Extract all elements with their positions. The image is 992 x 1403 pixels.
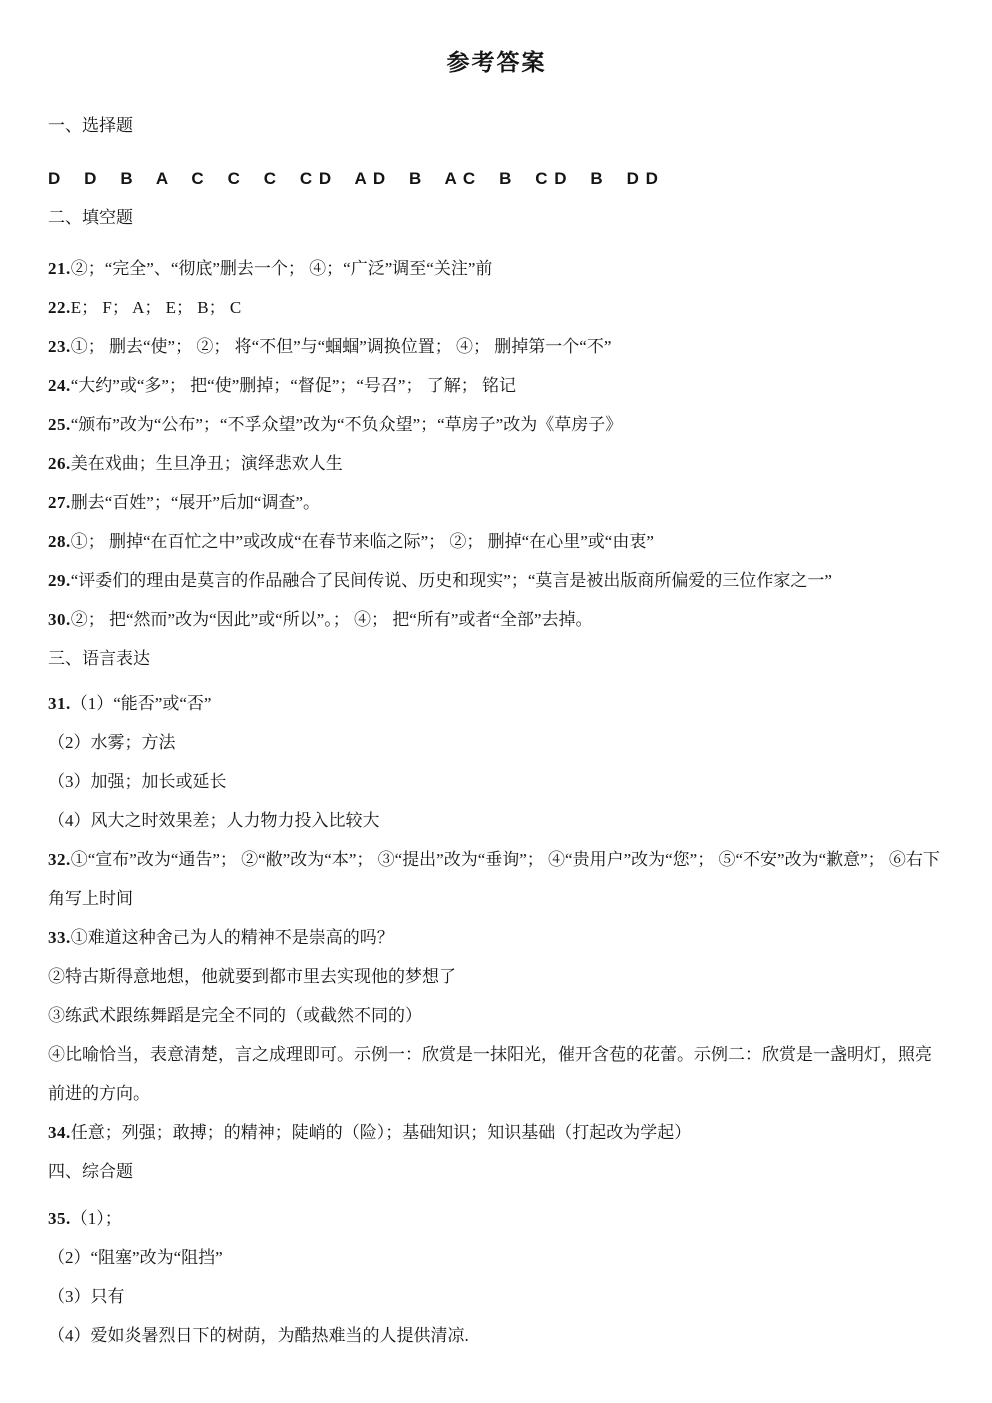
- section-heading-language: 三、语言表达: [48, 639, 945, 678]
- item-number: 35.: [48, 1209, 71, 1228]
- item-text: ③练武术跟练舞蹈是完全不同的（或截然不同的）: [48, 1006, 422, 1025]
- answer-item-21: 21.②；“完全”、“彻底”删去一个； ④；“广泛”调至“关注”前: [48, 249, 945, 288]
- item-number: 26.: [48, 454, 71, 473]
- item-text: “大约”或“多”； 把“使”删掉；“督促”；“号召”； 了解； 铭记: [71, 376, 516, 395]
- answer-item-23: 23.①； 删去“使”； ②； 将“不但”与“蝈蝈”调换位置； ④； 删掉第一个…: [48, 327, 945, 366]
- item-text: ①“宣布”改为“通告”； ②“敝”改为“本”； ③“提出”改为“垂询”； ④“贵…: [48, 850, 940, 908]
- item-text: （1）；: [71, 1209, 122, 1228]
- item-text: ①； 删掉“在百忙之中”或改成“在春节来临之际”； ②； 删掉“在心里”或“由衷…: [71, 532, 654, 551]
- item-number: 23.: [48, 337, 71, 356]
- choice-answers-row: D D B A C C C C D A D B A C B C D B D D: [48, 159, 945, 198]
- answer-item-22: 22.E； F； A； E； B； C: [48, 288, 945, 327]
- section-heading-fill: 二、填空题: [48, 198, 945, 237]
- answer-item-33-1: 33.①难道这种舍己为人的精神不是崇高的吗？: [48, 918, 945, 957]
- item-number: 25.: [48, 415, 71, 434]
- section-heading-comprehensive: 四、综合题: [48, 1152, 945, 1191]
- item-text: ④比喻恰当，表意清楚，言之成理即可。示例一：欣赏是一抹阳光，催开含苞的花蕾。示例…: [48, 1045, 932, 1103]
- answer-item-33-3: ③练武术跟练舞蹈是完全不同的（或截然不同的）: [48, 996, 945, 1035]
- item-number: 27.: [48, 493, 71, 512]
- answer-item-31-2: （2）水雾；方法: [48, 723, 945, 762]
- answer-item-29: 29.“评委们的理由是莫言的作品融合了民间传说、历史和现实”；“莫言是被出版商所…: [48, 561, 945, 600]
- item-text: 任意；列强；敢搏；的精神；陡峭的（险）；基础知识；知识基础（打起改为学起）: [71, 1123, 692, 1142]
- answer-item-33-2: ②特古斯得意地想，他就要到都市里去实现他的梦想了: [48, 957, 945, 996]
- answer-item-35-3: （3）只有: [48, 1277, 945, 1316]
- answer-key-document: 参考答案 一、选择题 D D B A C C C C D A D B A C B…: [0, 0, 992, 1403]
- item-text: ②；“完全”、“彻底”删去一个； ④；“广泛”调至“关注”前: [71, 259, 493, 278]
- item-number: 28.: [48, 532, 71, 551]
- answer-item-25: 25.“颁布”改为“公布”；“不孚众望”改为“不负众望”；“草房子”改为《草房子…: [48, 405, 945, 444]
- item-text: （2）水雾；方法: [48, 733, 176, 752]
- item-number: 24.: [48, 376, 71, 395]
- answer-item-33-4: ④比喻恰当，表意清楚，言之成理即可。示例一：欣赏是一抹阳光，催开含苞的花蕾。示例…: [48, 1035, 945, 1113]
- answer-item-35-1: 35.（1）；: [48, 1199, 945, 1238]
- answer-item-26: 26.美在戏曲；生旦净丑；演绎悲欢人生: [48, 444, 945, 483]
- item-number: 34.: [48, 1123, 71, 1142]
- item-number: 33.: [48, 928, 71, 947]
- item-text: “评委们的理由是莫言的作品融合了民间传说、历史和现实”；“莫言是被出版商所偏爱的…: [71, 571, 832, 590]
- answer-item-34: 34.任意；列强；敢搏；的精神；陡峭的（险）；基础知识；知识基础（打起改为学起）: [48, 1113, 945, 1152]
- item-text: E； F； A； E； B； C: [71, 298, 242, 317]
- item-text: ①难道这种舍己为人的精神不是崇高的吗？: [71, 928, 394, 947]
- item-text: （3）只有: [48, 1287, 125, 1306]
- answer-item-31-3: （3）加强；加长或延长: [48, 762, 945, 801]
- answer-item-24: 24.“大约”或“多”； 把“使”删掉；“督促”；“号召”； 了解； 铭记: [48, 366, 945, 405]
- section-heading-choice: 一、选择题: [48, 106, 945, 145]
- item-text: ②特古斯得意地想，他就要到都市里去实现他的梦想了: [48, 967, 456, 986]
- answer-item-27: 27.删去“百姓”；“展开”后加“调查”。: [48, 483, 945, 522]
- item-text: ②； 把“然而”改为“因此”或“所以”。； ④； 把“所有”或者“全部”去掉。: [71, 610, 593, 629]
- answer-item-31-1: 31.（1）“能否”或“否”: [48, 684, 945, 723]
- answer-item-30: 30.②； 把“然而”改为“因此”或“所以”。； ④； 把“所有”或者“全部”去…: [48, 600, 945, 639]
- answer-item-31-4: （4）风大之时效果差；人力物力投入比较大: [48, 801, 945, 840]
- item-text: （2）“阻塞”改为“阻挡”: [48, 1248, 223, 1267]
- item-number: 32.: [48, 850, 71, 869]
- page-title: 参考答案: [48, 46, 945, 80]
- item-number: 22.: [48, 298, 71, 317]
- answer-item-35-4: （4）爱如炎暑烈日下的树荫，为酷热难当的人提供清凉.: [48, 1316, 945, 1355]
- item-text: （4）风大之时效果差；人力物力投入比较大: [48, 811, 380, 830]
- item-text: 美在戏曲；生旦净丑；演绎悲欢人生: [71, 454, 343, 473]
- item-number: 29.: [48, 571, 71, 590]
- answer-item-35-2: （2）“阻塞”改为“阻挡”: [48, 1238, 945, 1277]
- item-text: 删去“百姓”；“展开”后加“调查”。: [71, 493, 320, 512]
- answer-item-28: 28.①； 删掉“在百忙之中”或改成“在春节来临之际”； ②； 删掉“在心里”或…: [48, 522, 945, 561]
- item-text: （1）“能否”或“否”: [71, 694, 212, 713]
- item-number: 21.: [48, 259, 71, 278]
- item-text: （3）加强；加长或延长: [48, 772, 227, 791]
- item-text: ①； 删去“使”； ②； 将“不但”与“蝈蝈”调换位置； ④； 删掉第一个“不”: [71, 337, 612, 356]
- answer-item-32: 32.①“宣布”改为“通告”； ②“敝”改为“本”； ③“提出”改为“垂询”； …: [48, 840, 945, 918]
- item-number: 30.: [48, 610, 71, 629]
- item-number: 31.: [48, 694, 71, 713]
- item-text: （4）爱如炎暑烈日下的树荫，为酷热难当的人提供清凉.: [48, 1326, 469, 1345]
- item-text: “颁布”改为“公布”；“不孚众望”改为“不负众望”；“草房子”改为《草房子》: [71, 415, 622, 434]
